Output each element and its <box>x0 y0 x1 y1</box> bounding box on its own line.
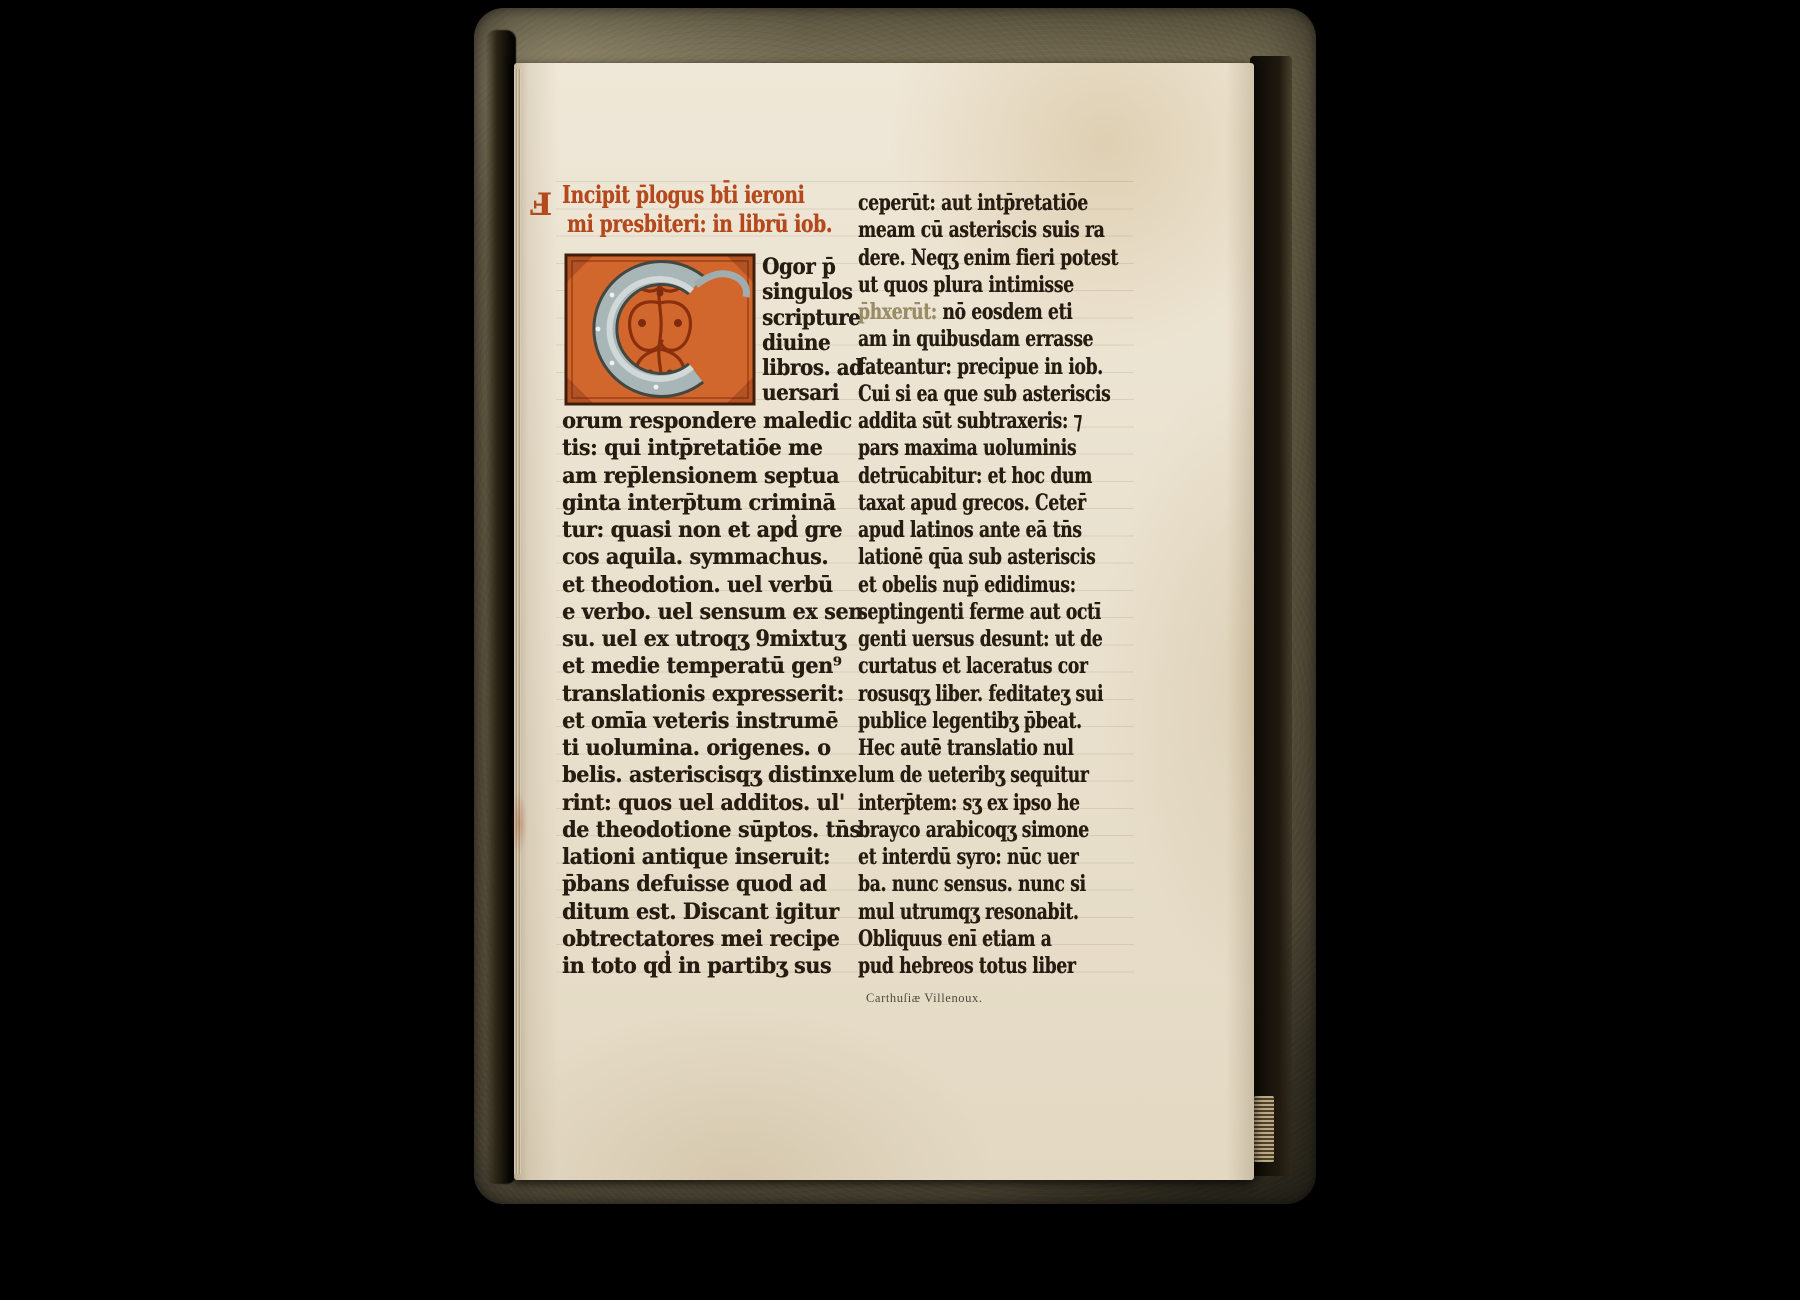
text-line: Cui si ea que sub asteriscis <box>858 381 1118 408</box>
manuscript-page: Ⅎ Incipit p̄logus bt̄i ieronimi presbite… <box>514 63 1254 1180</box>
text-line: de theodotione sūptos. tn̄s <box>562 817 863 844</box>
text-line: rint: quos uel additos. ul' <box>562 790 863 817</box>
rubric-title: Incipit p̄logus bt̄i ieronimi presbiteri… <box>562 180 907 238</box>
text-line: meam cū asteriscis suis ra <box>858 217 1118 244</box>
book-spine-shadow <box>486 30 516 1184</box>
text-line: obtrectatores mei recipe <box>562 926 863 953</box>
text-line: Incipit p̄logus bt̄i ieroni <box>562 180 831 209</box>
text-line: interp̄tem: sʒ ex ipso he <box>858 790 1118 817</box>
text-line: et medie temperatū gen⁹ <box>562 653 863 680</box>
text-line: orum respondere maledic <box>562 408 863 435</box>
text-line: ditum est. Discant igitur <box>562 899 863 926</box>
book-fore-edge <box>1250 56 1292 1176</box>
corrected-line: p̄hxerūt: nō eosdem eti <box>858 299 1118 326</box>
illuminated-initial-C <box>564 253 756 406</box>
text-line: uersari <box>762 381 863 406</box>
erased-word: p̄hxerūt: <box>858 299 937 325</box>
text-line: detrūcabitur: et hoc dum <box>858 463 1118 490</box>
rubric-paragraph-mark: Ⅎ <box>530 187 552 223</box>
text-line: mul utrumqʒ resonabit. <box>858 899 1118 926</box>
text-line: ti uolumina. origenes. o <box>562 735 863 762</box>
text-line: tur: quasi non et apd̓ gre <box>562 517 863 544</box>
text-line: su. uel ex utroqʒ 9mixtuʒ <box>562 626 863 653</box>
text-line: dere. Neqʒ enim fieri potest <box>858 245 1118 272</box>
text-line: rosusqʒ liber. feditateʒ sui <box>858 681 1118 708</box>
column2-text-lower: am in quibusdam errassefateantur: precip… <box>858 326 1200 980</box>
text-line: am rep̄lensionem septua <box>562 463 863 490</box>
text-line: lationē qūa sub asteriscis <box>858 544 1118 571</box>
text-line: p̄bans defuisse quod ad <box>562 871 863 898</box>
text-line: Hec autē translatio nul <box>858 735 1118 762</box>
text-line: genti uersus desunt: ut de <box>858 626 1118 653</box>
text-line: septingenti ferme aut octī <box>858 599 1118 626</box>
column1-text: orum respondere maledictis: qui intp̄ret… <box>562 408 889 980</box>
text-line: am in quibusdam errasse <box>858 326 1118 353</box>
text-line: diuine <box>762 331 863 356</box>
text-line: singulos <box>762 280 863 305</box>
text-line: in toto qd̓ in partibʒ sus <box>562 953 863 980</box>
text-line: translationis expresserit: <box>562 681 863 708</box>
text-line: et theodotion. uel verbū <box>562 572 863 599</box>
text-line: curtatus et laceratus cor <box>858 653 1118 680</box>
photo-background: Ⅎ Incipit p̄logus bt̄i ieronimi presbite… <box>0 0 1800 1300</box>
text-line: publice legentibʒ p̄beat. <box>858 708 1118 735</box>
text-line: Ogor p̄ <box>762 255 863 280</box>
text-line: lationi antique inseruit: <box>562 844 863 871</box>
text-line: belis. asteriscisqʒ distinxe <box>562 762 863 789</box>
text-line: brayco arabicoqʒ simone <box>858 817 1118 844</box>
text-line: scripture <box>762 306 863 331</box>
text-line: addita sūt subtraxeris: ⁊ <box>858 408 1118 435</box>
text-line: fateantur: precipue in iob. <box>858 354 1118 381</box>
text-line: pud hebreos totus liber <box>858 953 1118 980</box>
text-line: pars maxima uoluminis <box>858 435 1118 462</box>
text-line: et obelis nup̄ edidimus: <box>858 572 1118 599</box>
text-line: ut quos plura intimisse <box>858 272 1118 299</box>
text-line: mi presbiteri: in librū iob. <box>567 209 832 238</box>
margin-smudge <box>511 791 527 855</box>
text-line: ba. nunc sensus. nunc si <box>858 871 1118 898</box>
book-cover: Ⅎ Incipit p̄logus bt̄i ieronimi presbite… <box>474 8 1316 1204</box>
text-line: Obliquus enī etiam a <box>858 926 1118 953</box>
column2-text: ceperūt: aut intp̄retatiōemeam cū asteri… <box>858 190 1200 980</box>
text-line: apud latinos ante eā tn̄s <box>858 517 1118 544</box>
column1-side-text: Ogor p̄singulosscripturediuinelibros. ad… <box>762 255 874 407</box>
text-line: ceperūt: aut intp̄retatiōe <box>858 190 1118 217</box>
text-line: e verbo. uel sensum ex sen <box>562 599 863 626</box>
text-line: et omīa veteris instrumē <box>562 708 863 735</box>
text-line: et interdū syro: nūc uer <box>858 844 1118 871</box>
library-stamp-caption: Carthuſiæ Villenoux. <box>866 991 983 1006</box>
text-line: tis: qui intp̄retatiōe me <box>562 435 863 462</box>
column2-text-upper: ceperūt: aut intp̄retatiōemeam cū asteri… <box>858 190 1200 299</box>
page-edges-stack <box>1254 1096 1274 1162</box>
text-line: cos aquila. symmachus. <box>562 544 863 571</box>
text-line: libros. ad <box>762 356 863 381</box>
text-line: taxat apud grecos. Ceter̄ <box>858 490 1118 517</box>
text-line: lum de ueteribʒ sequitur <box>858 762 1118 789</box>
text-line: ginta interp̄tum criminā <box>562 490 863 517</box>
corrected-line-rest: nō eosdem eti <box>937 299 1073 325</box>
